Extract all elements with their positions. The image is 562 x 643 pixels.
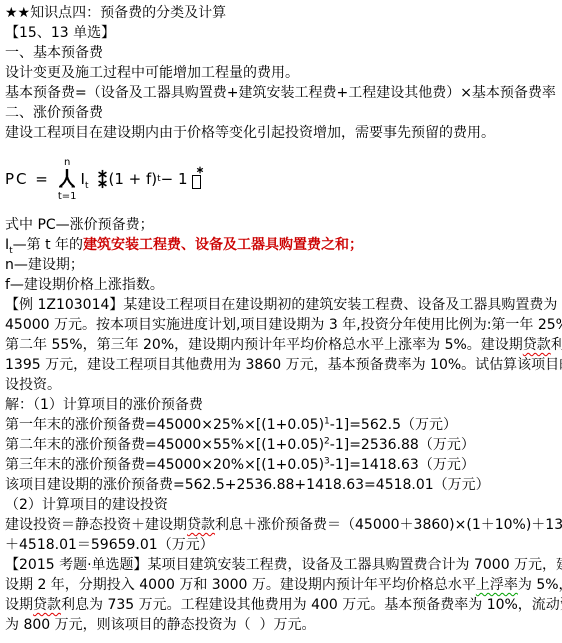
solution-total: 该项目建设期的涨价预备费=562.5+2536.88+1418.63=4518.… [5,475,558,495]
solution-year1: 第一年末的涨价预备费=45000×25%×[(1+0.05)1-1]=562.5… [5,415,558,435]
formula-expression: (1 + f)t − 1 [109,170,188,188]
where-pc-definition: 式中 PC—涨价预备费； [5,215,558,235]
example-line-1: 【例 1Z103014】某建设工程项目在建设期初的建筑安装工程费、设备及工器具购… [5,295,558,315]
sum-sigma-glyph-icon [58,168,76,191]
summation-symbol: n t=1 [58,157,77,202]
where-it-definition: It—第 t 年的建筑安装工程费、设备及工器具购置费之和； [5,235,558,255]
solution-year2: 第二年末的涨价预备费=45000×55%×[(1+0.05)2-1]=2536.… [5,435,558,455]
q2015-line-3: 设期贷款利息为 735 万元。工程建设其他费用为 400 万元。基本预备费率为 … [5,595,558,615]
q2015-line-1: 【2015 考题·单选题】某项目建筑安装工程费，设备及工器具购置费合计为 700… [5,555,558,575]
spellcheck-underline: 贷款 [523,337,551,353]
solution-heading-1: 解：（1）计算项目的涨价预备费 [5,395,558,415]
section1-heading: 一、基本预备费 [5,43,558,63]
solution-investment-line-1: 建设投资＝静态投资＋建设期贷款利息＋涨价预备费＝（45000＋3860)×(1＋… [5,515,558,535]
solution-year3: 第三年末的涨价预备费=45000×20%×[(1+0.05)3-1]=1418.… [5,455,558,475]
where-n-definition: n—建设期； [5,255,558,275]
section1-definition: 设计变更及施工过程中可能增加工程量的费用。 [5,63,558,83]
section2-heading: 二、涨价预备费 [5,103,558,123]
sum-upper-limit: n [64,157,70,168]
price-escalation-formula: PC = n t=1 It (1 + f)t − 1 [5,143,558,215]
highlighted-red-text: 建筑安装工程费、设备及工器具购置费之和； [83,237,363,253]
sum-lower-limit: t=1 [58,191,77,202]
grammar-underline: 上浮率 [476,577,518,593]
spellcheck-underline: 贷款 [187,517,215,533]
solution-heading-2: （2）计算项目的建设投资 [5,495,558,515]
knowledge-point-title: ★★知识点四：预备费的分类及计算 [5,3,558,23]
formula-term-It: It [81,170,89,188]
example-line-5: 设投资。 [5,375,558,395]
missing-glyph-box-icon [190,169,204,189]
q2015-line-4: 为 800 万元，则该项目的静态投资为（ ）万元。 [5,615,558,635]
missing-glyph-asterisk-icon [97,170,108,188]
example-line-4: 1395 万元，建设工程项目其他费用为 3860 万元，基本预备费率为 10%。… [5,355,558,375]
q2015-line-2: 设期 2 年，分期投入 4000 万和 3000 万。建设期内预计年平均价格总水… [5,575,558,595]
document-page: ★★知识点四：预备费的分类及计算 【15、13 单选】 一、基本预备费 设计变更… [0,0,562,635]
example-line-3: 第二年 55%，第三年 20%，建设期内预计年平均价格总水平上涨率为 5%。建设… [5,335,558,355]
spellcheck-underline: 贷款 [33,597,61,613]
exam-year-tag: 【15、13 单选】 [5,23,558,43]
solution-investment-line-2: ＋4518.01＝59659.01（万元） [5,535,558,555]
formula-lhs: PC = [5,170,50,188]
basic-reserve-formula: 基本预备费=（设备及工器具购置费+建筑安装工程费+工程建设其他费）×基本预备费率 [5,83,558,103]
where-f-definition: f—建设期价格上涨指数。 [5,275,558,295]
section2-definition: 建设工程项目在建设期内由于价格等变化引起投资增加，需要事先预留的费用。 [5,123,558,143]
example-line-2: 45000 万元。按本项目实施进度计划,项目建设期为 3 年,投资分年使用比例为… [5,315,558,335]
